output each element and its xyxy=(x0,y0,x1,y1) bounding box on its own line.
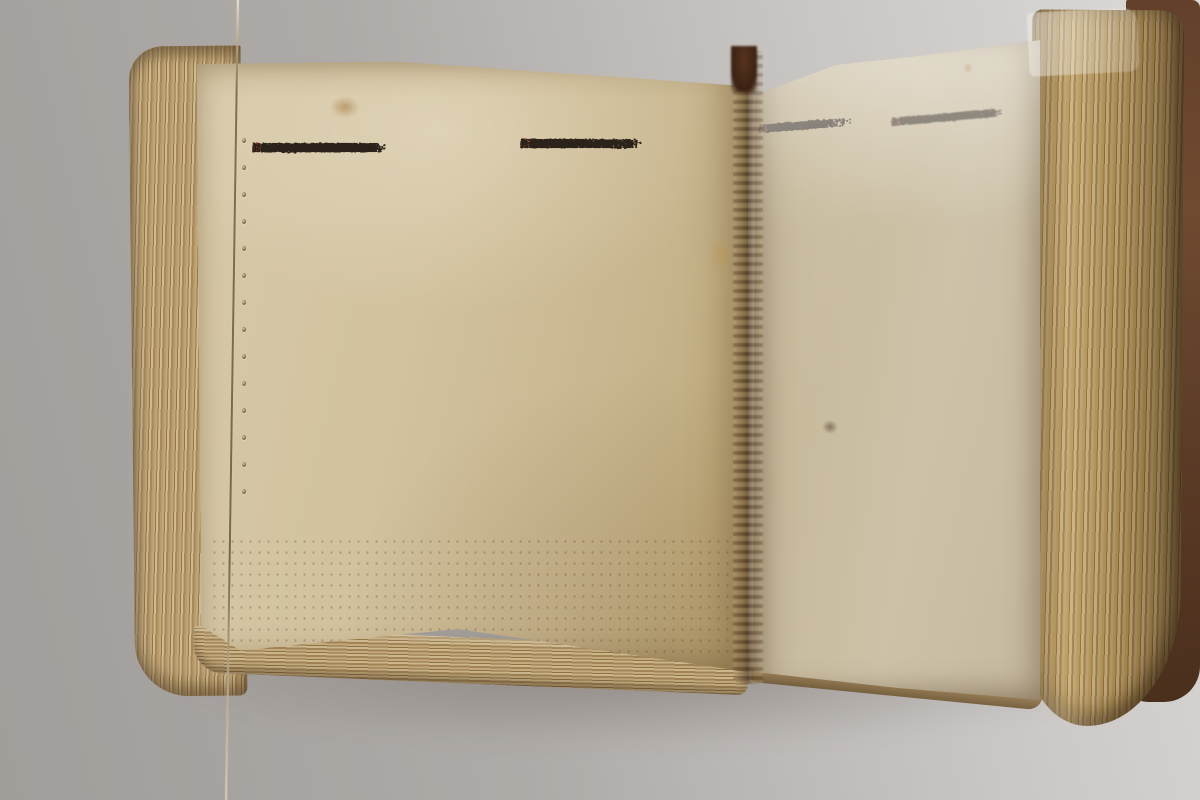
prick-hole xyxy=(242,327,246,332)
binding-gutter xyxy=(733,50,763,684)
prick-hole xyxy=(242,300,246,305)
prick-hole xyxy=(242,192,246,197)
right-fore-edge-pages xyxy=(1028,9,1185,726)
prick-hole xyxy=(242,354,246,359)
prick-hole xyxy=(242,381,246,386)
parchment-stain xyxy=(330,96,360,118)
prick-hole xyxy=(242,165,246,170)
right-page: ተመ፡ዚእሃ፡እንበሰወት፨እገኍት፡ወተቅላመ፡ፍሬ፡በለ፡ይትረሳዑ፡ኧሐጺ… xyxy=(748,28,1040,700)
fore-edge-shading xyxy=(1028,9,1185,726)
spine-headband xyxy=(731,46,757,92)
left-page: ያስምኩ፡ለእካኑ፡ምሥጢሮ፡መሠረተ፡ሃይማኖት፡ዘኢያንቀለቅል፡ዘዘልፈ፡… xyxy=(190,58,748,672)
tissue-guard-overlay xyxy=(748,28,1040,700)
left-page-column-2: ሜግባ፡ለሐመረ፡ድንግልናኪ፡ከመ፡ኤትሰበር፤ኦመርዓት፡ዘበመንፈከ፡ወእ… xyxy=(520,131,756,531)
prick-hole xyxy=(242,246,246,251)
tissue-guard-corner xyxy=(1026,7,1139,77)
pricking-holes xyxy=(242,138,248,538)
ink-text: ርትዕ፡ኃይለ፡መንፈስ፡ዘይ xyxy=(252,135,379,159)
ink-text: ድሕ፡ማይ፡ዘውስቲታ፡ xyxy=(520,131,632,155)
prick-hole xyxy=(242,462,246,467)
prick-hole xyxy=(242,138,246,143)
prick-hole xyxy=(242,489,246,494)
prick-hole xyxy=(242,435,246,440)
left-page-column-1: ያስምኩ፡ለእካኑ፡ምሥጢሮ፡መሠረተ፡ሃይማኖት፡ዘኢያንቀለቅል፡ዘዘልፈ፡… xyxy=(252,135,490,535)
manuscript-photo: ያስምኩ፡ለእካኑ፡ምሥጢሮ፡መሠረተ፡ሃይማኖት፡ዘኢያንቀለቅል፡ዘዘልፈ፡… xyxy=(0,0,1200,800)
prick-hole xyxy=(242,408,246,413)
prick-hole xyxy=(242,273,246,278)
prick-hole xyxy=(242,219,246,224)
